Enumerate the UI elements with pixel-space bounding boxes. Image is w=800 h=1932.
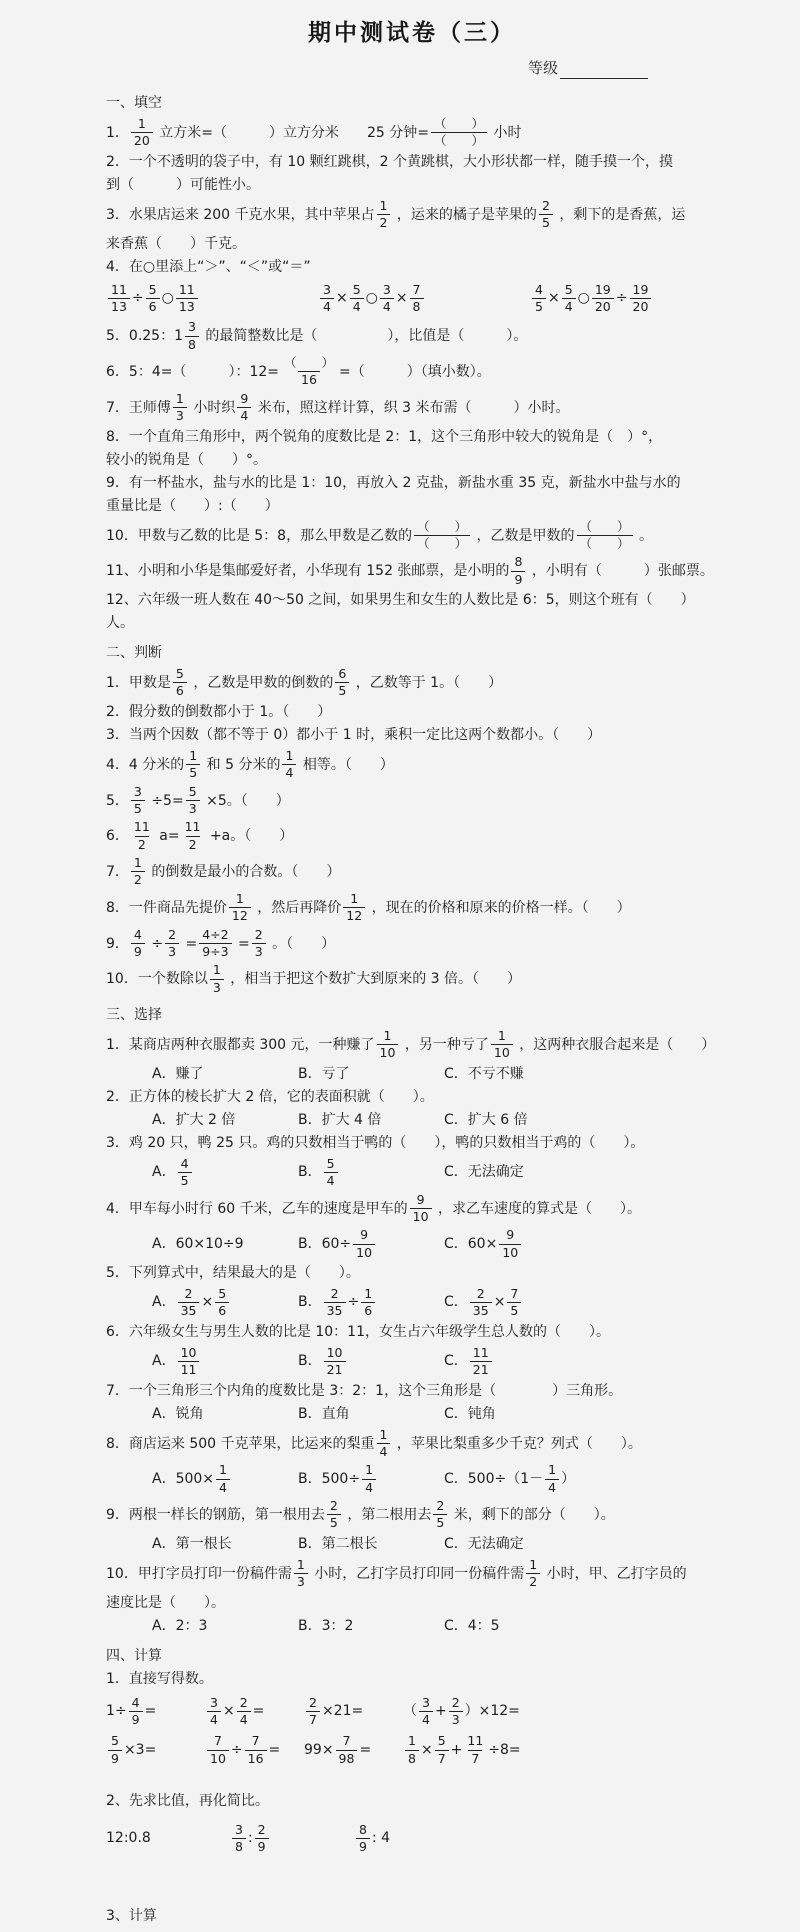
fraction-numerator: 9: [414, 1193, 428, 1208]
text-run: A．60×10÷9: [152, 1234, 244, 1255]
text-run: 1．甲数是: [106, 675, 171, 691]
fraction-numerator: 5: [215, 1287, 229, 1302]
fraction-numerator: 1: [377, 1428, 391, 1443]
choice-q4-options-cell: B．60÷910: [298, 1227, 444, 1261]
text-run: 4．4 分米的: [106, 757, 184, 773]
fraction-denominator: 2: [135, 836, 149, 852]
fraction-denominator: 5: [186, 764, 200, 780]
fraction-numerator: 1: [216, 1463, 230, 1478]
text-run: 99×: [304, 1740, 334, 1761]
fraction: 45: [532, 283, 546, 315]
section2-heading: 二、判断: [106, 643, 718, 664]
text-run: =（ ）（填小数）。: [339, 364, 491, 380]
fraction-denominator: 6: [215, 1302, 229, 1318]
fraction: 710: [207, 1734, 229, 1766]
fraction-numerator: 10: [178, 1346, 200, 1361]
fraction-denominator: 3: [210, 979, 224, 995]
text-run: 速度比是（ ）。: [106, 1595, 225, 1611]
choice-q8-options-cell: C．500÷（1－14 ）: [444, 1462, 590, 1496]
fraction-denominator: 35: [324, 1302, 346, 1318]
text-run: 2．正方体的棱长扩大 2 倍，它的表面积就（ ）。: [106, 1089, 434, 1105]
fraction-denominator: 12: [343, 907, 365, 923]
fraction-denominator: 10: [207, 1750, 229, 1766]
fraction-denominator: 2: [131, 871, 145, 887]
fraction-denominator: 5: [335, 682, 349, 698]
fraction-numerator: 10: [324, 1346, 346, 1361]
fraction: 910: [410, 1193, 432, 1225]
text-run: A．: [152, 1351, 176, 1372]
text-run: 8．一件商品先提价: [106, 900, 227, 916]
fill-q6: 6．5：4=（ ）：12=（ ）16=（ ）（填小数）。: [106, 355, 718, 389]
fraction-denominator: 35: [470, 1302, 492, 1318]
fraction: 78: [410, 283, 424, 315]
section3-heading: 三、选择: [106, 1005, 718, 1026]
text-run: 小时织: [189, 400, 235, 416]
judge-q8: 8．一件商品先提价112 ，然后再降价112 ，现在的价格和原来的价格一样。（ …: [106, 891, 718, 925]
fraction-denominator: 3: [186, 800, 200, 816]
fraction-denominator: 4: [237, 407, 251, 423]
fraction-numerator: 1: [233, 892, 247, 907]
fill-q3-line1: 3．水果店运来 200 千克水果，其中苹果占12 ，运来的橘子是苹果的25 ，剩…: [106, 198, 718, 232]
text-run: 9．两根一样长的钢筋，第一根用去: [106, 1507, 325, 1523]
fraction: 34: [419, 1696, 433, 1728]
fraction-numerator: （ ）: [414, 520, 470, 535]
judge-q4: 4．4 分米的15 和 5 分米的14 相等。（ ）: [106, 748, 718, 782]
choice-q1-options-cell: A．赚了: [152, 1064, 298, 1085]
fraction: 1113: [108, 283, 130, 315]
fraction: 23: [449, 1696, 463, 1728]
fraction-denominator: 7: [468, 1750, 482, 1766]
text-run: ÷8=: [488, 1740, 520, 1761]
fraction: 24: [237, 1696, 251, 1728]
text-run: A．扩大 2 倍: [152, 1110, 235, 1131]
calc-row-2-cell: 59 ×3=: [106, 1733, 205, 1767]
fraction-denominator: 9: [129, 1711, 143, 1727]
text-run: ，剩下的是香蕉，运: [555, 207, 685, 223]
fraction-denominator: 4: [419, 1711, 433, 1727]
text-run: A．: [152, 1162, 176, 1183]
fraction-numerator: 4: [532, 283, 546, 298]
ratio-row-cell: 89 : 4: [354, 1822, 478, 1856]
text-run: 米布，照这样计算，织 3 米布需（ ）小时。: [253, 400, 569, 416]
fraction-numerator: 11: [131, 820, 153, 835]
text-run: B．3：2: [298, 1616, 353, 1637]
fraction-numerator: 5: [173, 667, 187, 682]
calc-row-2: 59 ×3=710 ÷716 =99×798 =18 ×57 +117 ÷8=: [106, 1733, 718, 1767]
fraction-denominator: 2: [526, 1573, 540, 1589]
fraction: 49: [131, 928, 145, 960]
text-run: 6．5：4=（ ）：12=: [106, 364, 279, 380]
fraction-denominator: 8: [410, 298, 424, 314]
fraction: 910: [499, 1228, 521, 1260]
fraction-numerator: 3: [131, 785, 145, 800]
text-run: 10．甲打字员打印一份稿件需: [106, 1566, 292, 1582]
choice-q9: 9．两根一样长的钢筋，第一根用去25 ，第二根用去25 米，剩下的部分（ ）。: [106, 1498, 718, 1532]
judge-q9: 9．49 ÷23 =4÷29÷3 =23 。（ ）: [106, 927, 718, 961]
fraction-denominator: 6: [173, 682, 187, 698]
fraction: 53: [186, 785, 200, 817]
text-run: A．2：3: [152, 1616, 207, 1637]
text-run: ，第二根用去: [343, 1507, 431, 1523]
choice-q2-options-cell: B．扩大 4 倍: [298, 1110, 444, 1131]
choice-q5-options: A．235 ×56B．235 ÷16C．235 ×75: [106, 1286, 718, 1320]
fraction: 25: [539, 199, 553, 231]
choice-q6-options-cell: B．1021: [298, 1345, 444, 1379]
fraction: 56: [215, 1287, 229, 1319]
text-run: ×: [201, 1292, 213, 1313]
fraction-numerator: 2: [182, 1287, 196, 1302]
text-run: C．4：5: [444, 1616, 500, 1637]
fraction: 13: [294, 1558, 308, 1590]
calc-row-1-cell: 27 ×21=: [304, 1695, 403, 1729]
fraction-numerator: 5: [146, 283, 160, 298]
fraction-denominator: 20: [592, 298, 614, 314]
fraction: （ ）16: [281, 356, 337, 388]
fraction: 112: [229, 892, 251, 924]
text-run: ×3=: [124, 1740, 156, 1761]
text-run: 人。: [106, 615, 134, 631]
text-run: B．60÷: [298, 1234, 351, 1255]
text-run: 一、填空: [106, 95, 162, 111]
fraction: 35: [131, 785, 145, 817]
fraction-numerator: 1: [347, 892, 361, 907]
fraction-numerator: （ ）: [281, 356, 337, 371]
fraction-numerator: 1: [135, 117, 149, 132]
fraction-denominator: 4: [237, 1711, 251, 1727]
text-run: 12、六年级一班人数在 40～50 之间，如果男生和女生的人数比是 6：5，则这…: [106, 592, 695, 608]
fraction-numerator: 5: [108, 1734, 122, 1749]
fraction-numerator: 1: [294, 1558, 308, 1573]
text-run: ×: [223, 1701, 235, 1722]
fraction-numerator: 5: [186, 785, 200, 800]
fraction: 34: [320, 283, 334, 315]
text-run: 7．王师傅: [106, 400, 171, 416]
text-run: 9．有一杯盐水，盐与水的比是 1：10，再放入 2 克盐，新盐水重 35 克，新…: [106, 475, 681, 491]
fill-q4-expressions: 1113÷56 ○111334×54 ○34×7845×54 ○1920÷192…: [106, 282, 718, 316]
text-run: ÷: [616, 288, 628, 309]
text-run: 到（ ）可能性小。: [106, 177, 260, 193]
text-run: B．500÷: [298, 1469, 360, 1490]
text-run: ，运来的橘子是苹果的: [392, 207, 536, 223]
fraction-numerator: 7: [410, 283, 424, 298]
fill-q7: 7．王师傅13 小时织94 米布，照这样计算，织 3 米布需（ ）小时。: [106, 391, 718, 425]
text-run: 3、计算: [106, 1908, 157, 1924]
fraction-denominator: 12: [229, 907, 251, 923]
text-run: 2．一个不透明的袋子中，有 10 颗红跳棋，2 个黄跳棋，大小形状都一样，随手摸…: [106, 154, 673, 170]
text-run: 4．甲车每小时行 60 千米，乙车的速度是甲车的: [106, 1200, 408, 1216]
text-run: 1．某商店两种衣服都卖 300 元，一种赚了: [106, 1037, 375, 1053]
fraction-denominator: 7: [435, 1750, 449, 1766]
fraction: 25: [433, 1499, 447, 1531]
fraction-numerator: 1: [545, 1463, 559, 1478]
fraction: 45: [178, 1157, 192, 1189]
choice-q3-options-cell: B．54: [298, 1156, 444, 1190]
judge-q2: 2．假分数的倒数都小于 1。（ ）: [106, 702, 718, 723]
text-run: ，现在的价格和原来的价格一样。（ ）: [367, 900, 630, 916]
fraction-denominator: 10: [377, 1044, 399, 1060]
fraction: 18: [405, 1734, 419, 1766]
fill-q4-expressions-cell: 34×54 ○34×78: [318, 282, 530, 316]
calc-row-1-cell: （34 +23 ）×12=: [403, 1695, 520, 1729]
fraction-numerator: 3: [380, 283, 394, 298]
fraction-numerator: 3: [232, 1823, 246, 1838]
fraction-numerator: （ ）: [431, 117, 487, 132]
fraction-denominator: 9: [108, 1750, 122, 1766]
fraction: 117: [464, 1734, 486, 1766]
judge-q10: 10．一个数除以13 ，相当于把这个数扩大到原来的 3 倍。（ ）: [106, 962, 718, 996]
text-run: 。（ ）: [268, 935, 335, 951]
fraction: 1121: [470, 1346, 492, 1378]
text-run: =: [253, 1701, 265, 1722]
text-run: ）: [561, 1469, 575, 1490]
fraction-denominator: 9: [255, 1838, 269, 1854]
fraction-denominator: 6: [361, 1302, 375, 1318]
text-run: ÷: [231, 1740, 243, 1761]
text-run: B．: [298, 1351, 322, 1372]
fraction-denominator: 4: [562, 298, 576, 314]
choice-q9-options: A．第一根长B．第二根长C．无法确定: [106, 1534, 718, 1555]
fraction: （ ）（ ）: [414, 520, 470, 552]
fraction: 65: [335, 667, 349, 699]
fraction-denominator: 2: [186, 836, 200, 852]
text-run: 7．: [106, 864, 129, 880]
text-run: 小时: [489, 125, 521, 141]
choice-q9-options-cell: B．第二根长: [298, 1534, 444, 1555]
fill-q1: 1．120 立方米=（ ）立方分米 25 分钟=（ ）（ ） 小时: [106, 116, 718, 150]
fraction-numerator: 11: [176, 283, 198, 298]
text-run: B．: [298, 1162, 322, 1183]
fraction: 25: [327, 1499, 341, 1531]
text-run: ×: [336, 288, 348, 309]
fraction-numerator: 3: [320, 283, 334, 298]
text-run: 1．: [106, 125, 129, 141]
fraction: 14: [545, 1463, 559, 1495]
fraction-numerator: 4÷2: [199, 928, 231, 943]
text-run: ÷5=: [147, 792, 184, 808]
fraction-numerator: 1: [495, 1029, 509, 1044]
text-run: 四、计算: [106, 1648, 162, 1664]
text-run: 相等。（ ）: [298, 757, 393, 773]
fraction: 235: [470, 1287, 492, 1319]
fraction: 23: [252, 928, 266, 960]
text-run: 重量比是（ ）:（ ）: [106, 498, 279, 514]
fraction: 12: [377, 199, 391, 231]
fraction-denominator: 6: [146, 298, 160, 314]
fraction: 14: [216, 1463, 230, 1495]
fraction: 120: [131, 117, 153, 149]
fraction: 38: [232, 1823, 246, 1855]
fraction-denominator: 16: [298, 371, 320, 387]
choice-q2-options-cell: A．扩大 2 倍: [152, 1110, 298, 1131]
text-run: =: [181, 935, 197, 951]
text-run: : 4: [372, 1828, 390, 1849]
fraction-denominator: 5: [131, 800, 145, 816]
fraction-denominator: 4: [282, 764, 296, 780]
fraction-numerator: 6: [335, 667, 349, 682]
choice-q8: 8．商店运来 500 千克苹果，比运来的梨重14 ，苹果比梨重多少千克？列式（ …: [106, 1427, 718, 1461]
fraction-numerator: 2: [328, 1287, 342, 1302]
fraction: 14: [377, 1428, 391, 1460]
fill-q11: 11、小明和小华是集邮爱好者，小华现有 152 张邮票，是小明的89 ，小明有（…: [106, 554, 718, 588]
choice-q7-options-cell: B．直角: [298, 1404, 444, 1425]
fill-q2-line1: 2．一个不透明的袋子中，有 10 颗红跳棋，2 个黄跳棋，大小形状都一样，随手摸…: [106, 152, 718, 173]
text-run: C．扩大 6 倍: [444, 1110, 528, 1131]
fill-q8-line1: 8．一个直角三角形中，两个锐角的度数比是 2：1，这个三角形中较大的锐角是（ ）…: [106, 427, 718, 448]
grade-label: 等级: [528, 58, 558, 79]
fraction: 1920: [630, 283, 652, 315]
choice-q6-options-cell: C．1121: [444, 1345, 590, 1379]
choice-q1: 1．某商店两种衣服都卖 300 元，一种赚了110 ，另一种亏了110 ，这两种…: [106, 1028, 718, 1062]
fraction: 23: [165, 928, 179, 960]
fraction-denominator: 13: [108, 298, 130, 314]
text-run: ○: [162, 288, 174, 309]
section4-heading: 四、计算: [106, 1646, 718, 1667]
fraction-denominator: 7: [306, 1711, 320, 1727]
judge-q7: 7．12 的倒数是最小的合数。（ ）: [106, 855, 718, 889]
text-run: 二、判断: [106, 645, 162, 661]
fraction: 1920: [592, 283, 614, 315]
fraction: 14: [362, 1463, 376, 1495]
fraction-denominator: （ ）: [577, 535, 633, 551]
text-run: 9．: [106, 935, 129, 951]
fraction-numerator: 2: [474, 1287, 488, 1302]
fraction-numerator: 2: [237, 1696, 251, 1711]
fraction: 112: [131, 820, 153, 852]
fill-q4-expressions-cell: 1113÷56 ○1113: [106, 282, 318, 316]
text-run: 2、先求比值，再化简比。: [106, 1793, 269, 1809]
fraction: 38: [185, 320, 199, 352]
fill-q4-expressions-cell: 45×54 ○1920÷1920: [530, 282, 742, 316]
fill-q12-line2: 人。: [106, 613, 718, 634]
choice-q10-options-cell: A．2：3: [152, 1616, 298, 1637]
text-run: 10．甲数与乙数的比是 5：8，那么甲数是乙数的: [106, 527, 412, 543]
choice-q7-options-cell: C．钝角: [444, 1404, 590, 1425]
text-run: 6．六年级女生与男生人数的比是 10：11，女生占六年级学生总人数的（ ）。: [106, 1324, 610, 1340]
text-run: 11、小明和小华是集邮爱好者，小华现有 152 张邮票，是小明的: [106, 563, 509, 579]
fraction-denominator: 13: [176, 298, 198, 314]
fraction-numerator: 5: [350, 283, 364, 298]
text-run: a=: [155, 828, 180, 844]
fraction: 54: [350, 283, 364, 315]
fraction-numerator: 11: [108, 283, 130, 298]
text-run: C．: [444, 1292, 468, 1313]
choice-q3-options: A．45B．54C．无法确定: [106, 1156, 718, 1190]
fraction: 12: [131, 856, 145, 888]
fraction-denominator: 20: [131, 132, 153, 148]
fraction-numerator: 2: [433, 1499, 447, 1514]
calc-q3-label: 3、计算: [106, 1906, 718, 1927]
fraction-denominator: 9÷3: [199, 943, 231, 959]
text-run: ，小明有（ ）张邮票。: [527, 563, 713, 579]
fraction-denominator: 4: [545, 1479, 559, 1495]
text-run: A．500×: [152, 1469, 214, 1490]
fraction-denominator: 10: [353, 1244, 375, 1260]
fraction-denominator: 10: [491, 1044, 513, 1060]
fraction-denominator: 3: [165, 943, 179, 959]
text-run: ，这两种衣服合起来是（ ）: [515, 1037, 715, 1053]
fraction-denominator: 4: [377, 1443, 391, 1459]
fraction: 59: [108, 1734, 122, 1766]
text-run: =: [269, 1740, 281, 1761]
text-run: C．钝角: [444, 1404, 496, 1425]
choice-q5-options-cell: C．235 ×75: [444, 1286, 590, 1320]
text-run: 较小的锐角是（ ）°。: [106, 452, 267, 468]
fraction: 13: [173, 392, 187, 424]
text-run: 。: [635, 527, 653, 543]
fraction-numerator: 1: [186, 749, 200, 764]
fraction-numerator: 7: [249, 1734, 263, 1749]
fraction: 75: [507, 1287, 521, 1319]
text-run: ÷: [348, 1292, 360, 1313]
text-run: ，乙数是甲数的倒数的: [189, 675, 333, 691]
choice-q3-options-cell: A．45: [152, 1156, 298, 1190]
fraction: 4÷29÷3: [199, 928, 231, 960]
choice-q1-options: A．赚了B．亏了C．不亏不赚: [106, 1064, 718, 1085]
fraction: 112: [343, 892, 365, 924]
choice-q10-options-cell: B．3：2: [298, 1616, 444, 1637]
fraction-numerator: 5: [562, 283, 576, 298]
text-run: B．扩大 4 倍: [298, 1110, 381, 1131]
text-run: 2．假分数的倒数都小于 1。（ ）: [106, 704, 331, 720]
fill-q4-line1: 4．在○里添上“＞”、“＜”或“＝”: [106, 257, 718, 278]
text-run: C．60×: [444, 1234, 497, 1255]
text-run: 4．在○里添上“＞”、“＜”或“＝”: [106, 259, 311, 275]
fill-q12-line1: 12、六年级一班人数在 40～50 之间，如果男生和女生的人数比是 6：5，则这…: [106, 590, 718, 611]
fraction-denominator: 4: [207, 1711, 221, 1727]
fraction-numerator: 1: [210, 963, 224, 978]
text-run: ，苹果比梨重多少千克？列式（ ）。: [392, 1435, 641, 1451]
fraction-denominator: 5: [539, 214, 553, 230]
fraction-numerator: 2: [252, 928, 266, 943]
fraction-numerator: 2: [165, 928, 179, 943]
choice-q6: 6．六年级女生与男生人数的比是 10：11，女生占六年级学生总人数的（ ）。: [106, 1322, 718, 1343]
fraction-numerator: 4: [178, 1157, 192, 1172]
fraction: 235: [178, 1287, 200, 1319]
text-run: C．无法确定: [444, 1534, 524, 1555]
fraction-denominator: 5: [327, 1514, 341, 1530]
fraction-denominator: （ ）: [431, 132, 487, 148]
fraction-numerator: 1: [131, 856, 145, 871]
text-run: C．: [444, 1351, 468, 1372]
text-run: 10．一个数除以: [106, 971, 208, 987]
fill-q5: 5．0.25：138 的最简整数比是（ ），比值是（ ）。: [106, 319, 718, 353]
choice-q8-options-cell: A．500×14: [152, 1462, 298, 1496]
text-run: 3．鸡 20 只，鸭 25 只。鸡的只数相当于鸭的（ ），鸭的只数相当于鸡的（ …: [106, 1135, 644, 1151]
ratio-row-cell: 38 : 29: [230, 1822, 354, 1856]
fraction-numerator: 2: [327, 1499, 341, 1514]
text-run: 6．: [106, 828, 129, 844]
calc-q2-label: 2、先求比值，再化简比。: [106, 1791, 718, 1812]
text-run: ÷: [147, 935, 163, 951]
fraction-denominator: 8: [185, 336, 199, 352]
fraction-numerator: 1: [405, 1734, 419, 1749]
calc-row-2-cell: 99×798 =: [304, 1733, 403, 1767]
text-run: ，然后再降价: [253, 900, 341, 916]
document-body: 一、填空1．120 立方米=（ ）立方分米 25 分钟=（ ）（ ） 小时2．一…: [106, 93, 718, 1927]
fraction: （ ）（ ）: [577, 520, 633, 552]
fraction-numerator: 3: [419, 1696, 433, 1711]
fraction-numerator: 2: [449, 1696, 463, 1711]
fraction-numerator: 11: [182, 820, 204, 835]
fraction-denominator: 3: [294, 1573, 308, 1589]
fraction-numerator: 7: [340, 1734, 354, 1749]
text-run: 1．直接写得数。: [106, 1671, 213, 1687]
fraction-numerator: 1: [173, 392, 187, 407]
fraction-numerator: 9: [503, 1228, 517, 1243]
ratio-row: 12:0.838 : 2989 : 4: [106, 1822, 718, 1856]
choice-q4: 4．甲车每小时行 60 千米，乙车的速度是甲车的910 ，求乙车速度的算式是（ …: [106, 1192, 718, 1226]
choice-q2-options-cell: C．扩大 6 倍: [444, 1110, 590, 1131]
